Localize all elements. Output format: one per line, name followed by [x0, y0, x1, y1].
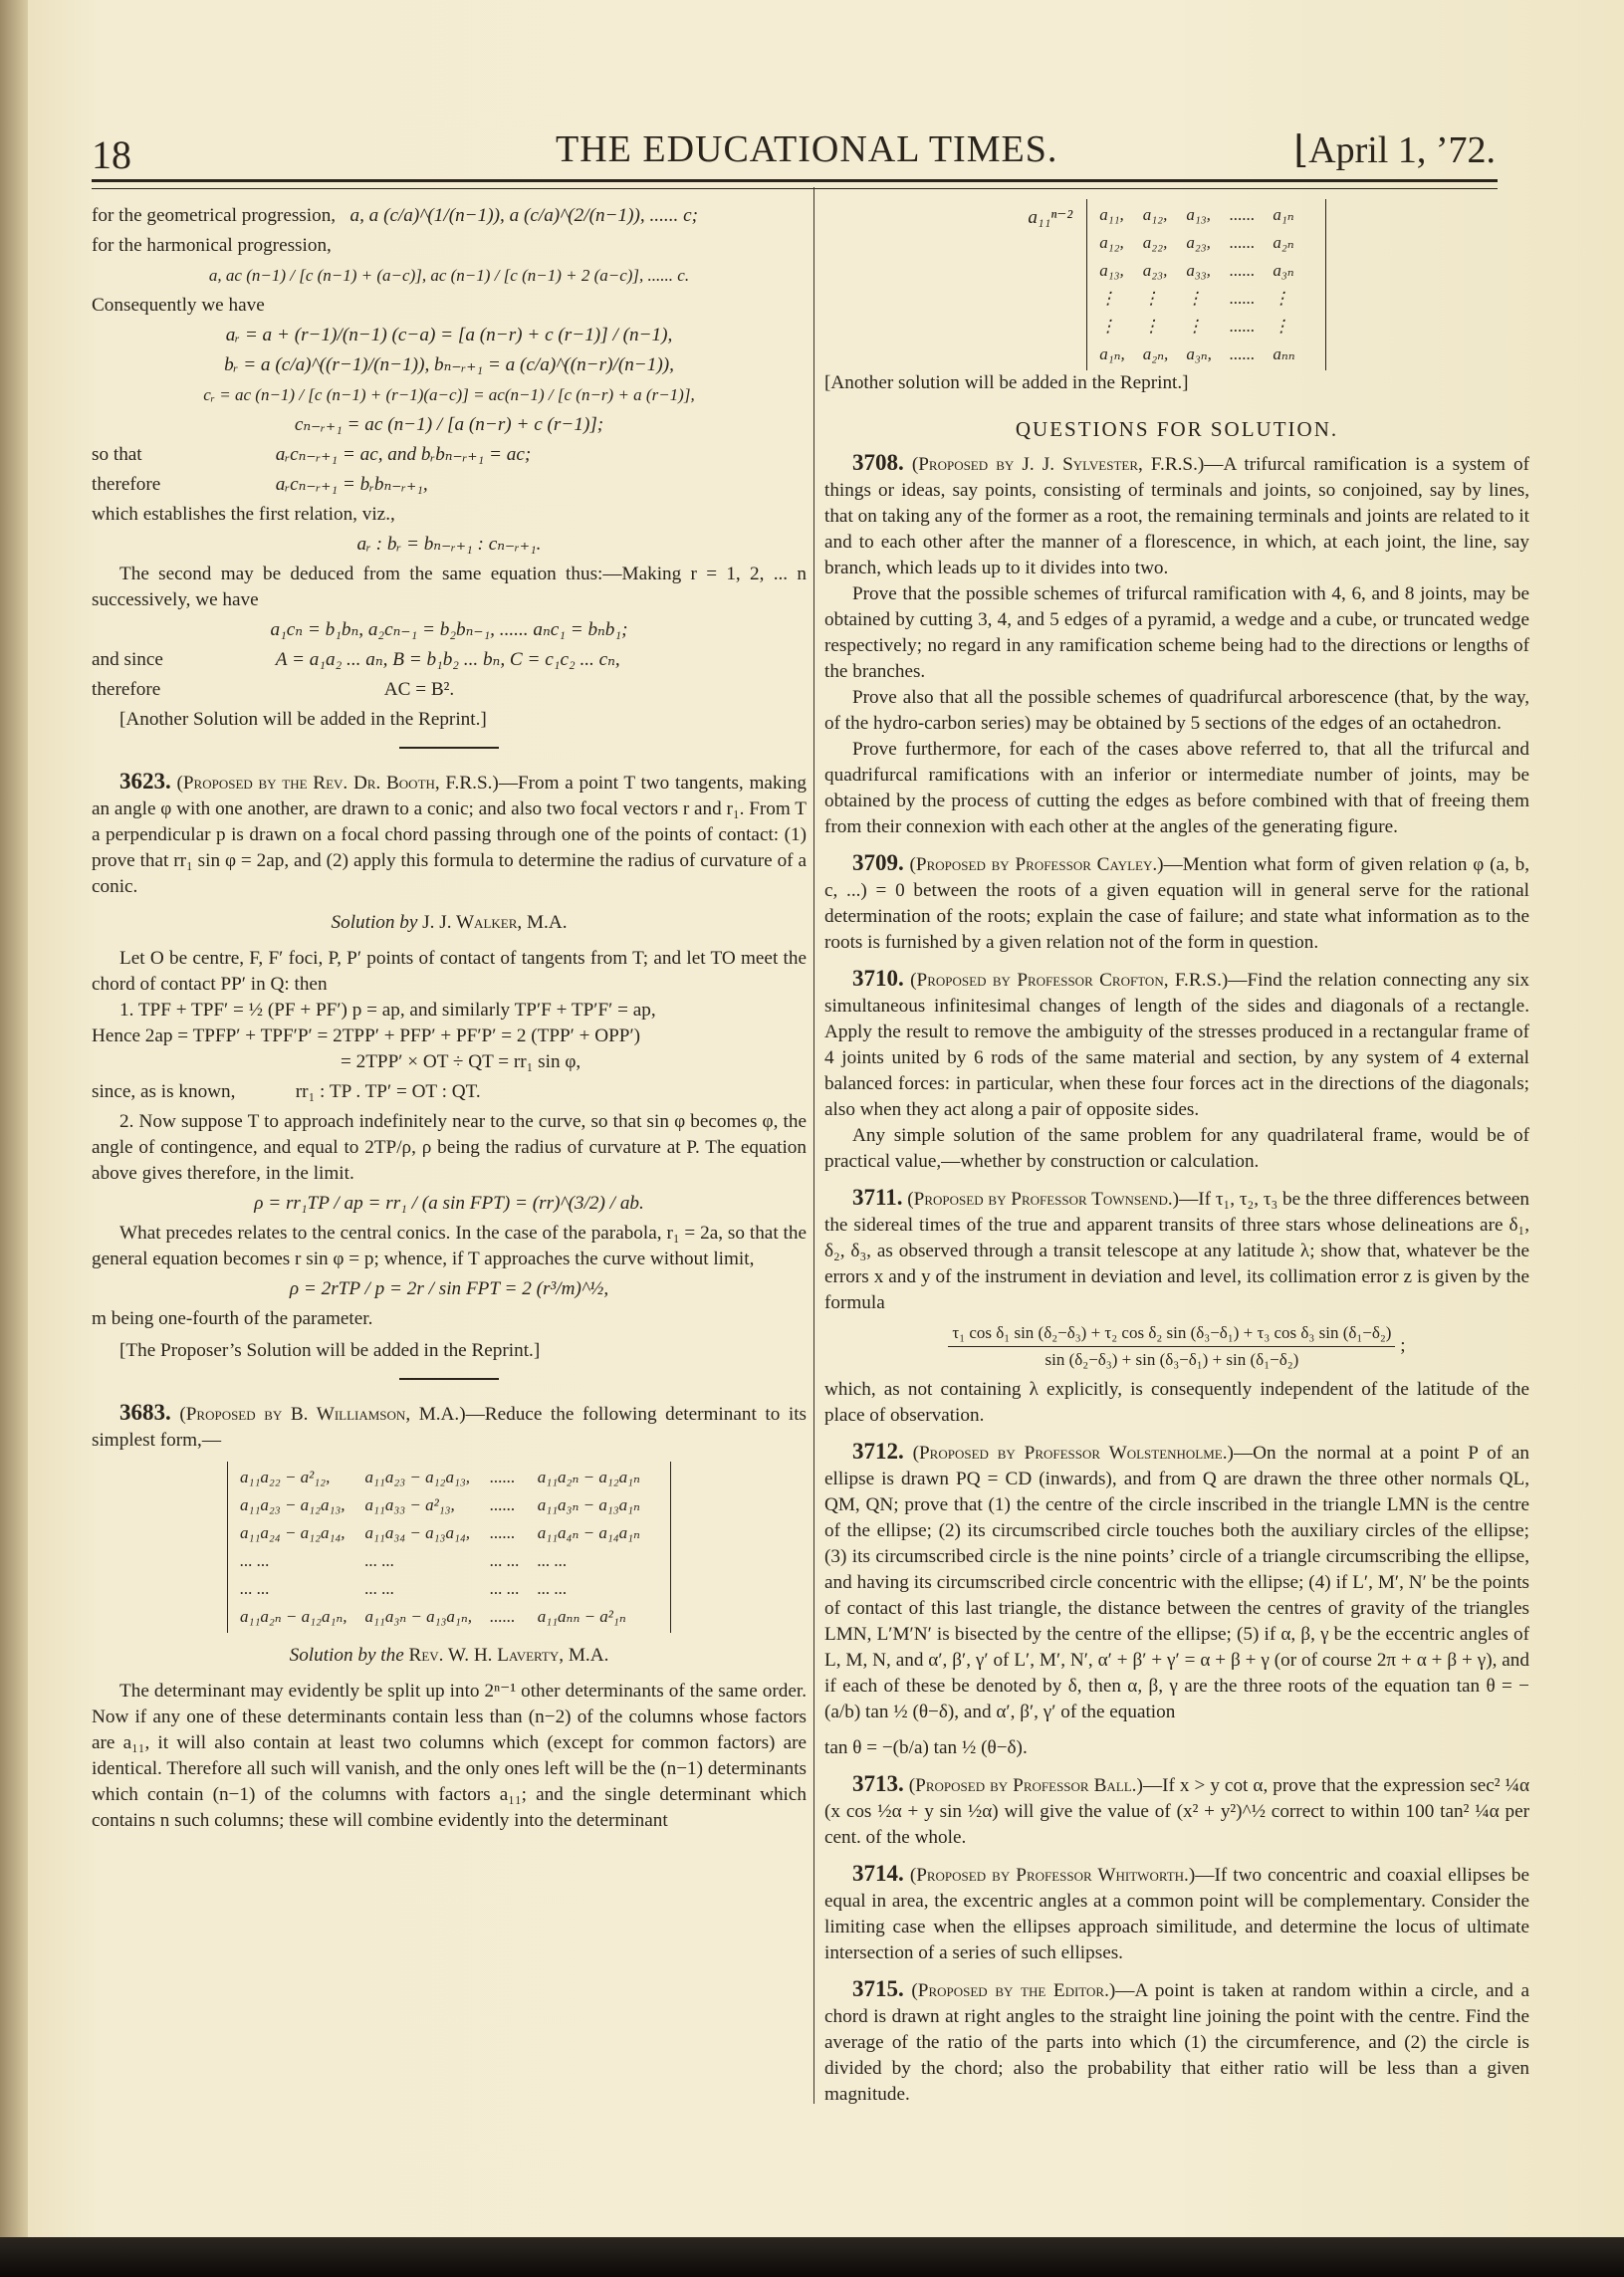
equation: A = a₁a₂ ... aₙ, B = b₁b₂ ... bₙ, C = c₁…	[276, 649, 620, 670]
newspaper-page: 18 THE EDUCATIONAL TIMES. April 1, ’72. …	[0, 0, 1624, 2277]
question-proposer: (Proposed by Professor Ball.)	[909, 1775, 1143, 1796]
question-proposer: (Proposed by Professor Townsend.)	[907, 1189, 1179, 1210]
question-3714: 3714. (Proposed by Professor Whitworth.)…	[824, 1861, 1529, 1966]
question-proposer: (Proposed by Professor Whitworth.)	[910, 1865, 1195, 1886]
second-relation-text: The second may be deduced from the same …	[92, 562, 807, 613]
matrix-cell: a₂₃,	[1186, 229, 1230, 257]
question-3710: 3710. (Proposed by Professor Crofton, F.…	[824, 966, 1529, 1175]
matrix-row: a₁₁a₂ₙ − a₁₂a₁ₙ, a₁₁a₃ₙ − a₁₃a₁ₙ, ......…	[240, 1603, 658, 1631]
matrix-cell: a₂₂,	[1143, 229, 1187, 257]
question-proposer: (Proposed by Professor Wolstenholme.)	[913, 1443, 1234, 1464]
question-3623: 3623. (Proposed by the Rev. Dr. Booth, F…	[92, 769, 807, 1364]
matrix-row: a₁₁a₂₂ − a²₁₂, a₁₁a₂₃ − a₁₂a₁₃, ...... a…	[240, 1464, 658, 1491]
matrix-cell: a₁₃,	[1099, 257, 1143, 285]
determinant-matrix: a₁₁, a₁₂, a₁₃, ...... a₁ₙ a₁₂, a₂₂, a₂₃,…	[1086, 199, 1325, 370]
label: since, as is known,	[92, 1079, 291, 1105]
matrix-row: a₁₁a₂₃ − a₁₂a₁₃, a₁₁a₃₃ − a²₁₃, ...... a…	[240, 1491, 658, 1519]
matrix-cell: ⋮	[1143, 285, 1187, 313]
section-title: QUESTIONS FOR SOLUTION.	[824, 416, 1529, 442]
question-proposer: (Proposed by Professor Crofton, F.R.S.)	[910, 970, 1228, 991]
matrix-row: ⋮ ⋮ ⋮ ...... ⋮	[1099, 313, 1312, 341]
equation-br: bᵣ = a (c/a)^((r−1)/(n−1)), bₙ₋ᵣ₊₁ = a (…	[92, 352, 807, 378]
matrix-cell: a₃ₙ,	[1186, 341, 1230, 368]
matrix-cell: ......	[1230, 257, 1274, 285]
matrix-cell: a₁₁a₂₂ − a²₁₂,	[240, 1464, 364, 1491]
matrix-cell: ......	[1230, 341, 1274, 368]
equation: aᵣcₙ₋ᵣ₊₁ = ac, and bᵣbₙ₋ᵣ₊₁ = ac;	[276, 444, 531, 465]
question-number: 3715.	[852, 1976, 904, 2001]
question-proposer: (Proposed by the Rev. Dr. Booth, F.R.S.)	[176, 773, 498, 794]
question-proposer: (Proposed by Professor Cayley.)	[910, 854, 1164, 875]
matrix-cell: a₁₂,	[1099, 229, 1143, 257]
question-number: 3714.	[852, 1861, 904, 1886]
question-number: 3623.	[119, 769, 171, 794]
reprint-note: [Another solution will be added in the R…	[824, 370, 1529, 396]
determinant-continued: a₁₁ⁿ⁻² a₁₁, a₁₂, a₁₃, ...... a₁ₙ a₁₂, a₂…	[824, 199, 1529, 370]
matrix-cell: a₂₃,	[1143, 257, 1187, 285]
question-3708: 3708. (Proposed by J. J. Sylvester, F.R.…	[824, 450, 1529, 840]
question-paragraph: Prove furthermore, for each of the cases…	[824, 737, 1529, 840]
matrix-cell: a₁ₙ	[1273, 201, 1312, 229]
question-number: 3708.	[852, 450, 904, 475]
matrix-cell: a₃ₙ	[1273, 257, 1312, 285]
solution-paragraph: m being one-fourth of the parameter.	[92, 1306, 807, 1332]
determinant-prefix: a₁₁ⁿ⁻²	[1028, 205, 1072, 231]
matrix-cell: a₂ₙ,	[1143, 341, 1187, 368]
geometric-progression: for the geometrical progression, a, a (c…	[92, 203, 807, 229]
establishes-text: which establishes the first relation, vi…	[92, 502, 807, 528]
matrix-cell: a₁₁a₃ₙ − a₁₃a₁ₙ	[538, 1491, 658, 1519]
question-number: 3711.	[852, 1185, 902, 1210]
scan-bottom-edge	[0, 2237, 1624, 2277]
header-rule	[92, 179, 1498, 189]
byline-prefix: Solution by the	[290, 1645, 404, 1666]
question-proposer: (Proposed by B. Williamson, M.A.)	[179, 1404, 465, 1425]
column-divider	[813, 187, 814, 2104]
question-number: 3713.	[852, 1771, 904, 1796]
matrix-cell: ... ...	[365, 1575, 490, 1603]
equation: rr₁ : TP . TP′ = OT : QT.	[296, 1081, 481, 1102]
byline-prefix: Solution by	[332, 912, 418, 933]
solution-paragraph: 1. TPF + TPF′ = ½ (PF + PF′) p = ap, and…	[92, 998, 807, 1024]
matrix-cell: ⋮	[1273, 285, 1312, 313]
matrix-cell: ⋮	[1273, 313, 1312, 341]
matrix-cell: a₁₁a₃₄ − a₁₃a₁₄,	[365, 1519, 490, 1547]
reprint-note: [Another Solution will be added in the R…	[92, 707, 807, 733]
solution-byline: Solution by J. J. Walker, M.A.	[92, 910, 807, 936]
matrix-cell: ......	[1230, 313, 1274, 341]
matrix-cell: ⋮	[1099, 285, 1143, 313]
question-3711: 3711. (Proposed by Professor Townsend.)—…	[824, 1185, 1529, 1429]
harmonic-label: for the harmonical progression,	[92, 233, 807, 259]
solution-paragraph: Let O be centre, F, F′ foci, P, P′ point…	[92, 946, 807, 998]
matrix-cell: a₁₁a₂ₙ − a₁₂a₁ₙ,	[240, 1603, 364, 1631]
equation-cr: cᵣ = ac (n−1) / [c (n−1) + (r−1)(a−c)] =…	[92, 382, 807, 408]
formula-denominator: sin (δ₂−δ₃) + sin (δ₃−δ₁) + sin (δ₁−δ₂)	[948, 1347, 1395, 1373]
question-3683: 3683. (Proposed by B. Williamson, M.A.)—…	[92, 1400, 807, 1834]
section-separator	[399, 747, 499, 749]
solution-paragraph: The determinant may evidently be split u…	[92, 1679, 807, 1834]
byline-author: Rev. W. H. Laverty, M.A.	[409, 1645, 609, 1666]
matrix-cell: ... ...	[490, 1547, 538, 1575]
matrix-cell: ... ...	[490, 1575, 538, 1603]
matrix-cell: a₁ₙ,	[1099, 341, 1143, 368]
matrix-cell: ......	[1230, 201, 1274, 229]
matrix-cell: a₁₁a₂ₙ − a₁₂a₁ₙ	[538, 1464, 658, 1491]
label: so that	[92, 442, 271, 468]
journal-title: THE EDUCATIONAL TIMES.	[556, 127, 1057, 171]
matrix-cell: ... ...	[240, 1575, 364, 1603]
question-number: 3683.	[119, 1400, 171, 1425]
equation-ar: aᵣ = a + (r−1)/(n−1) (c−a) = [a (n−r) + …	[92, 323, 807, 348]
section-separator	[399, 1378, 499, 1380]
matrix-row: a₁₁a₂₄ − a₁₂a₁₄, a₁₁a₃₄ − a₁₃a₁₄, ......…	[240, 1519, 658, 1547]
matrix-cell: ......	[1230, 285, 1274, 313]
question-text: —On the normal at a point P of an ellips…	[824, 1443, 1529, 1722]
products-equation: a₁cₙ = b₁bₙ, a₂cₙ₋₁ = b₂bₙ₋₁, ...... aₙc…	[92, 617, 807, 643]
matrix-row: a₁₂, a₂₂, a₂₃, ...... a₂ₙ	[1099, 229, 1312, 257]
label: for the geometrical progression,	[92, 205, 336, 226]
page-number: 18	[92, 131, 131, 178]
matrix-cell: ⋮	[1186, 313, 1230, 341]
matrix-cell: a₃₃,	[1186, 257, 1230, 285]
harmonic-series: a, ac (n−1) / [c (n−1) + (a−c)], ac (n−1…	[92, 263, 807, 289]
matrix-cell: a₁₁a₃ₙ − a₁₃a₁ₙ,	[365, 1603, 490, 1631]
solution-paragraph: 2. Now suppose T to approach indefinitel…	[92, 1109, 807, 1187]
matrix-row: a₁ₙ, a₂ₙ, a₃ₙ, ...... aₙₙ	[1099, 341, 1312, 368]
matrix-row: a₁₃, a₂₃, a₃₃, ...... a₃ₙ	[1099, 257, 1312, 285]
matrix-cell: a₁₁a₄ₙ − a₁₄a₁ₙ	[538, 1519, 658, 1547]
page-binding-shadow	[0, 0, 28, 2277]
matrix-row: a₁₁, a₁₂, a₁₃, ...... a₁ₙ	[1099, 201, 1312, 229]
matrix-cell: a₁₁a₂₃ − a₁₂a₁₃,	[365, 1464, 490, 1491]
byline-author: J. J. Walker, M.A.	[422, 912, 567, 933]
question-text: —Find the relation connecting any six si…	[824, 970, 1529, 1120]
question-3715: 3715. (Proposed by the Editor.)—A point …	[824, 1976, 1529, 2108]
matrix-cell: a₂ₙ	[1273, 229, 1312, 257]
formula-numerator: τ₁ cos δ₁ sin (δ₂−δ₃) + τ₂ cos δ₂ sin (δ…	[948, 1320, 1395, 1347]
matrix-cell: ......	[490, 1519, 538, 1547]
label: and since	[92, 647, 271, 673]
left-column: for the geometrical progression, a, a (c…	[92, 199, 807, 1834]
label: therefore	[92, 472, 271, 498]
matrix-cell: ⋮	[1186, 285, 1230, 313]
matrix-cell: ......	[490, 1491, 538, 1519]
rho-parabola-equation: ρ = 2rTP / p = 2r / sin FPT = 2 (r³/m)^½…	[92, 1276, 807, 1302]
matrix-cell: ... ...	[240, 1547, 364, 1575]
final-equation: tan θ = −(b/a) tan ½ (θ−δ).	[824, 1735, 1529, 1761]
equation: aᵣcₙ₋ᵣ₊₁ = bᵣbₙ₋ᵣ₊₁,	[276, 474, 428, 495]
consequently-text: Consequently we have	[92, 293, 807, 319]
matrix-cell: ⋮	[1143, 313, 1187, 341]
matrix-cell: ......	[490, 1603, 538, 1631]
matrix-cell: ... ...	[538, 1575, 658, 1603]
matrix-cell: a₁₁a₂₄ − a₁₂a₁₄,	[240, 1519, 364, 1547]
matrix-cell: ... ...	[365, 1547, 490, 1575]
equation: AC = B².	[384, 679, 454, 700]
question-number: 3712.	[852, 1439, 904, 1464]
and-since-line: and since A = a₁a₂ ... aₙ, B = b₁b₂ ... …	[92, 647, 807, 673]
equation: a, a (c/a)^(1/(n−1)), a (c/a)^(2/(n−1)),…	[349, 205, 698, 226]
issue-date: April 1, ’72.	[1293, 127, 1496, 172]
question-paragraph: which, as not containing λ explicitly, i…	[824, 1377, 1529, 1429]
matrix-cell: aₙₙ	[1273, 341, 1312, 368]
matrix-cell: a₁₁aₙₙ − a²₁ₙ	[538, 1603, 658, 1631]
question-3712: 3712. (Proposed by Professor Wolstenholm…	[824, 1439, 1529, 1761]
matrix-row: ⋮ ⋮ ⋮ ...... ⋮	[1099, 285, 1312, 313]
determinant-matrix: a₁₁a₂₂ − a²₁₂, a₁₁a₂₃ − a₁₂a₁₃, ...... a…	[227, 1462, 671, 1633]
right-column: a₁₁ⁿ⁻² a₁₁, a₁₂, a₁₃, ...... a₁ₙ a₁₂, a₂…	[824, 199, 1529, 2108]
solution-byline: Solution by the Rev. W. H. Laverty, M.A.	[92, 1643, 807, 1669]
question-paragraph: Prove that the possible schemes of trifu…	[824, 581, 1529, 685]
matrix-cell: a₁₃,	[1186, 201, 1230, 229]
rho-equation: ρ = rr₁TP / ap = rr₁ / (a sin FPT) = (rr…	[92, 1191, 807, 1217]
matrix-row: ... ... ... ... ... ... ... ...	[240, 1575, 658, 1603]
solution-paragraph: Hence 2ap = TPFP′ + TPF′P′ = 2TPP′ + PFP…	[92, 1024, 807, 1049]
matrix-row: ... ... ... ... ... ... ... ...	[240, 1547, 658, 1575]
question-number: 3709.	[852, 850, 904, 875]
matrix-cell: a₁₁a₃₃ − a²₁₃,	[365, 1491, 490, 1519]
page-header: 18 THE EDUCATIONAL TIMES. April 1, ’72.	[92, 127, 1496, 177]
question-proposer: (Proposed by the Editor.)	[911, 1980, 1115, 2001]
question-proposer: (Proposed by J. J. Sylvester, F.R.S.)	[912, 454, 1204, 475]
question-3713: 3713. (Proposed by Professor Ball.)—If x…	[824, 1771, 1529, 1851]
therefore-line: therefore aᵣcₙ₋ᵣ₊₁ = bᵣbₙ₋ᵣ₊₁,	[92, 472, 807, 498]
solution-paragraph: What precedes relates to the central con…	[92, 1221, 807, 1272]
label: therefore	[92, 677, 380, 703]
question-paragraph: Any simple solution of the same problem …	[824, 1123, 1529, 1175]
solution-paragraph: = 2TPP′ × OT ÷ QT = rr₁ sin φ,	[92, 1049, 807, 1075]
matrix-cell: a₁₁a₂₃ − a₁₂a₁₃,	[240, 1491, 364, 1519]
so-that-line: so that aᵣcₙ₋ᵣ₊₁ = ac, and bᵣbₙ₋ᵣ₊₁ = ac…	[92, 442, 807, 468]
collimation-formula: τ₁ cos δ₁ sin (δ₂−δ₃) + τ₂ cos δ₂ sin (δ…	[824, 1320, 1529, 1373]
matrix-cell: ......	[1230, 229, 1274, 257]
equation-cnr: cₙ₋ᵣ₊₁ = ac (n−1) / [a (n−r) + c (r−1)];	[92, 412, 807, 438]
matrix-cell: a₁₂,	[1143, 201, 1187, 229]
matrix-cell: a₁₁,	[1099, 201, 1143, 229]
therefore-line-2: therefore AC = B².	[92, 677, 807, 703]
question-number: 3710.	[852, 966, 904, 991]
matrix-cell: ⋮	[1099, 313, 1143, 341]
question-paragraph: Prove also that all the possible schemes…	[824, 685, 1529, 737]
question-3709: 3709. (Proposed by Professor Cayley.)—Me…	[824, 850, 1529, 956]
reprint-note: [The Proposer’s Solution will be added i…	[92, 1338, 807, 1364]
matrix-cell: ... ...	[538, 1547, 658, 1575]
relation-equation: aᵣ : bᵣ = bₙ₋ᵣ₊₁ : cₙ₋ᵣ₊₁.	[92, 532, 807, 558]
since-known-line: since, as is known, rr₁ : TP . TP′ = OT …	[92, 1079, 807, 1105]
matrix-cell: ......	[490, 1464, 538, 1491]
